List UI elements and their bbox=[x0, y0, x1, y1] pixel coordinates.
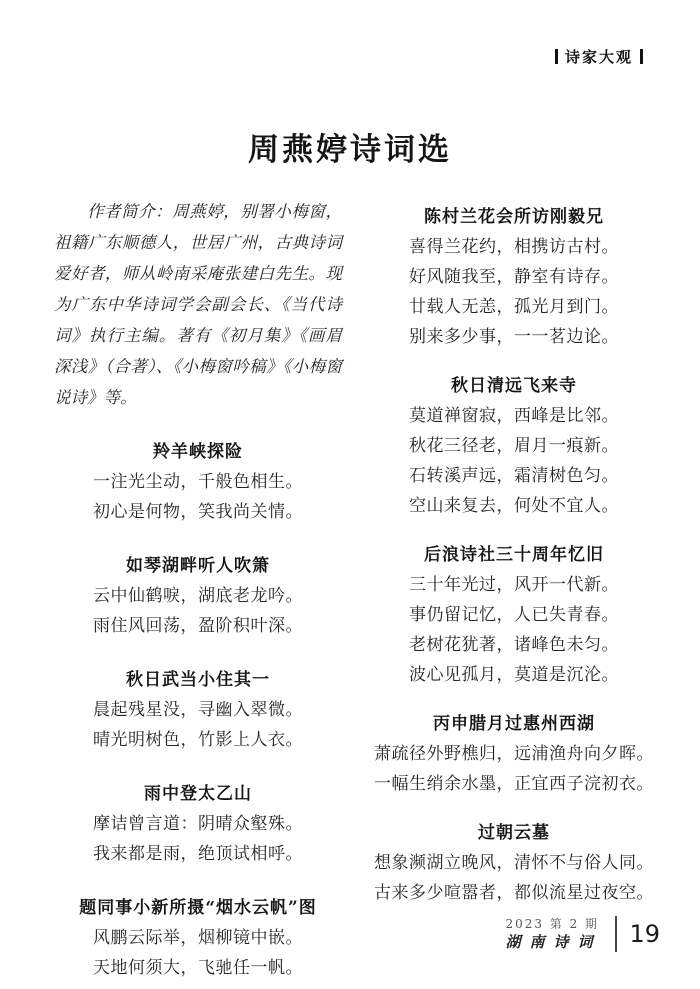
poem: 题同事小新所摄“烟水云帆”图 风鹏云际举，烟柳镜中嵌。 天地何须大，飞驰任一帆。 bbox=[54, 893, 342, 983]
poem-line: 雨住风回荡，盈阶积叶深。 bbox=[54, 611, 342, 641]
poem-title: 题同事小新所摄“烟水云帆”图 bbox=[54, 893, 342, 923]
column-header: 诗家大观 bbox=[548, 46, 650, 67]
left-column: 作者简介：周燕婷，别署小梅窗，祖籍广东顺德人，世居广州，古典诗词爱好者，师从岭南… bbox=[54, 192, 342, 983]
poem: 陈村兰花会所访刚毅兄 喜得兰花约，相携访古村。 好风随我至，静室有诗存。 廿载人… bbox=[370, 202, 658, 352]
poem-line: 古来多少喧嚣者，都似流星过夜空。 bbox=[370, 878, 658, 908]
issue-info: 2023 第 2 期 bbox=[505, 916, 601, 932]
poem-line: 莫道禅窗寂，西峰是比邻。 bbox=[370, 401, 658, 431]
poem-line: 我来都是雨，绝顶试相呼。 bbox=[54, 839, 342, 869]
footer-issue-block: 2023 第 2 期 湖南诗词 bbox=[505, 916, 601, 952]
poem-title: 羚羊峡探险 bbox=[54, 437, 342, 467]
poem: 后浪诗社三十周年忆旧 三十年光过，风开一代新。 事仍留记忆，人已失青春。 老树花… bbox=[370, 540, 658, 690]
poem-line: 风鹏云际举，烟柳镜中嵌。 bbox=[54, 923, 342, 953]
content-columns: 作者简介：周燕婷，别署小梅窗，祖籍广东顺德人，世居广州，古典诗词爱好者，师从岭南… bbox=[54, 192, 658, 983]
poem-line: 三十年光过，风开一代新。 bbox=[370, 570, 658, 600]
poem-title: 陈村兰花会所访刚毅兄 bbox=[370, 202, 658, 232]
footer-divider bbox=[615, 916, 617, 952]
page-number: 19 bbox=[629, 920, 660, 948]
poem-line: 好风随我至，静室有诗存。 bbox=[370, 262, 658, 292]
poem-title: 秋日清远飞来寺 bbox=[370, 371, 658, 401]
poem: 过朝云墓 想象濒湖立晚风，清怀不与俗人同。 古来多少喧嚣者，都似流星过夜空。 bbox=[370, 818, 658, 908]
poem-line: 摩诘曾言道：阴晴众壑殊。 bbox=[54, 809, 342, 839]
header-right-bar bbox=[640, 49, 643, 64]
poem-line: 事仍留记忆，人已失青春。 bbox=[370, 600, 658, 630]
poem-line: 晴光明树色，竹影上人衣。 bbox=[54, 725, 342, 755]
poem: 秋日清远飞来寺 莫道禅窗寂，西峰是比邻。 秋花三径老，眉月一痕新。 石转溪声远，… bbox=[370, 371, 658, 521]
poem-line: 云中仙鹤唳，湖底老龙吟。 bbox=[54, 581, 342, 611]
poem-line: 晨起残星没，寻幽入翠微。 bbox=[54, 695, 342, 725]
poem-title: 雨中登太乙山 bbox=[54, 779, 342, 809]
poem: 羚羊峡探险 一注光尘动，千般色相生。 初心是何物，笑我尚关情。 bbox=[54, 437, 342, 527]
poem: 丙申腊月过惠州西湖 萧疏径外野樵归，远浦渔舟向夕晖。 一幅生绡余水墨，正宜西子浣… bbox=[370, 709, 658, 799]
page-footer: 2023 第 2 期 湖南诗词 19 bbox=[505, 916, 660, 952]
poem-title: 过朝云墓 bbox=[370, 818, 658, 848]
poem-title: 丙申腊月过惠州西湖 bbox=[370, 709, 658, 739]
page-title: 周燕婷诗词选 bbox=[0, 124, 700, 169]
magazine-page: 诗家大观 周燕婷诗词选 作者简介：周燕婷，别署小梅窗，祖籍广东顺德人，世居广州，… bbox=[0, 0, 700, 989]
right-column: 陈村兰花会所访刚毅兄 喜得兰花约，相携访古村。 好风随我至，静室有诗存。 廿载人… bbox=[370, 192, 658, 983]
poem-line: 老树花犹著，诸峰色未匀。 bbox=[370, 630, 658, 660]
poem-line: 一幅生绡余水墨，正宜西子浣初衣。 bbox=[370, 769, 658, 799]
poem: 如琴湖畔听人吹箫 云中仙鹤唳，湖底老龙吟。 雨住风回荡，盈阶积叶深。 bbox=[54, 551, 342, 641]
poem-line: 秋花三径老，眉月一痕新。 bbox=[370, 431, 658, 461]
author-intro: 作者简介：周燕婷，别署小梅窗，祖籍广东顺德人，世居广州，古典诗词爱好者，师从岭南… bbox=[54, 196, 342, 413]
poem-line: 廿载人无恙，孤光月到门。 bbox=[370, 292, 658, 322]
poem-title: 后浪诗社三十周年忆旧 bbox=[370, 540, 658, 570]
poem-line: 喜得兰花约，相携访古村。 bbox=[370, 232, 658, 262]
journal-name: 湖南诗词 bbox=[505, 932, 601, 952]
poem-line: 萧疏径外野樵归，远浦渔舟向夕晖。 bbox=[370, 739, 658, 769]
poem-line: 波心见孤月，莫道是沉沦。 bbox=[370, 660, 658, 690]
poem: 秋日武当小住其一 晨起残星没，寻幽入翠微。 晴光明树色，竹影上人衣。 bbox=[54, 665, 342, 755]
poem-line: 空山来复去，何处不宜人。 bbox=[370, 491, 658, 521]
poem-line: 别来多少事，一一茗边论。 bbox=[370, 322, 658, 352]
header-left-bar bbox=[555, 49, 558, 64]
poem-line: 天地何须大，飞驰任一帆。 bbox=[54, 953, 342, 983]
poem-title: 如琴湖畔听人吹箫 bbox=[54, 551, 342, 581]
poem-line: 想象濒湖立晚风，清怀不与俗人同。 bbox=[370, 848, 658, 878]
poem: 雨中登太乙山 摩诘曾言道：阴晴众壑殊。 我来都是雨，绝顶试相呼。 bbox=[54, 779, 342, 869]
poem-line: 石转溪声远，霜清树色匀。 bbox=[370, 461, 658, 491]
poem-title: 秋日武当小住其一 bbox=[54, 665, 342, 695]
poem-line: 一注光尘动，千般色相生。 bbox=[54, 467, 342, 497]
poem-line: 初心是何物，笑我尚关情。 bbox=[54, 497, 342, 527]
column-header-label: 诗家大观 bbox=[565, 46, 633, 67]
